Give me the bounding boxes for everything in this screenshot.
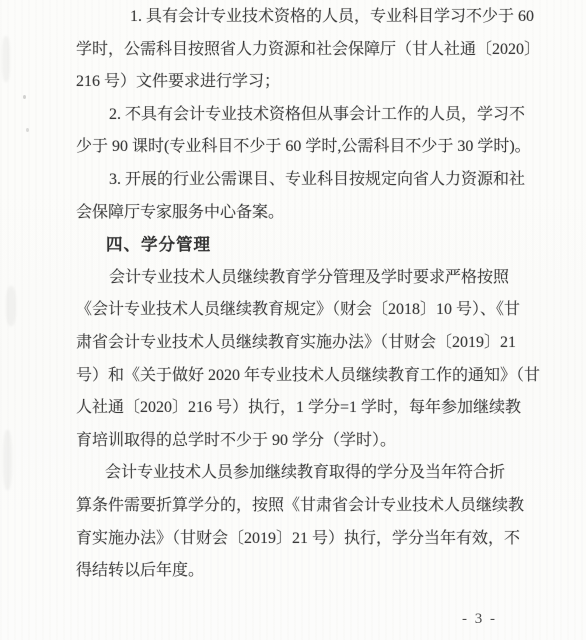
text-line: 会计专业技术人员参加继续教育取得的学分及当年符合折 [76,457,544,490]
page-number: - 3 - [462,611,497,628]
scan-smudge [6,286,16,326]
text-line: 育培训取得的总学时不少于 90 学分（学时）。 [76,425,544,458]
text-line: 育实施办法》（甘财会〔2019〕21 号）执行，学分当年有效，不 [76,523,544,556]
text-line: 会保障厅专家服务中心备案。 [76,197,544,230]
scan-speck [26,128,29,132]
text-line: 号）和《关于做好 2020 年专业技术人员继续教育工作的通知》（甘 [76,360,544,393]
scanned-document-page: 1. 具有会计专业技术资格的人员，专业科目学习不少于 60 学时，公需科目按照省… [0,0,586,640]
section-heading-credit-management: 四、学分管理 [76,229,544,262]
scan-smudge [2,36,10,82]
text-line: 3. 开展的行业公需课目、专业科目按规定向省人力资源和社 [76,164,544,197]
text-line: 216 号）文件要求进行学习； [76,66,544,99]
text-line: 算条件需要折算学分的，按照《甘肃省会计专业技术人员继续教 [76,490,544,523]
scan-smudge [3,430,12,490]
text-line: 会计专业技术人员继续教育学分管理及学时要求严格按照 [76,262,544,295]
text-line: 得结转以后年度。 [76,555,544,588]
text-line: 少于 90 课时(专业科目不少于 60 学时,公需科目不少于 30 学时)。 [76,131,544,164]
text-line: 人社通〔2020〕216 号）执行，1 学分=1 学时，每年参加继续教 [76,392,544,425]
scan-speck [23,95,26,99]
document-body: 1. 具有会计专业技术资格的人员，专业科目学习不少于 60 学时，公需科目按照省… [76,1,544,588]
text-line: 肃省会计专业技术人员继续教育实施办法》（甘财会〔2019〕21 [76,327,544,360]
text-line: 2. 不具有会计专业技术资格但从事会计工作的人员，学习不 [76,99,544,132]
text-line: 《会计专业技术人员继续教育规定》（财会〔2018〕10 号）、《甘 [76,294,544,327]
text-line: 学时，公需科目按照省人力资源和社会保障厅（甘人社通〔2020〕 [76,34,544,67]
text-line: 1. 具有会计专业技术资格的人员，专业科目学习不少于 60 [76,1,544,34]
